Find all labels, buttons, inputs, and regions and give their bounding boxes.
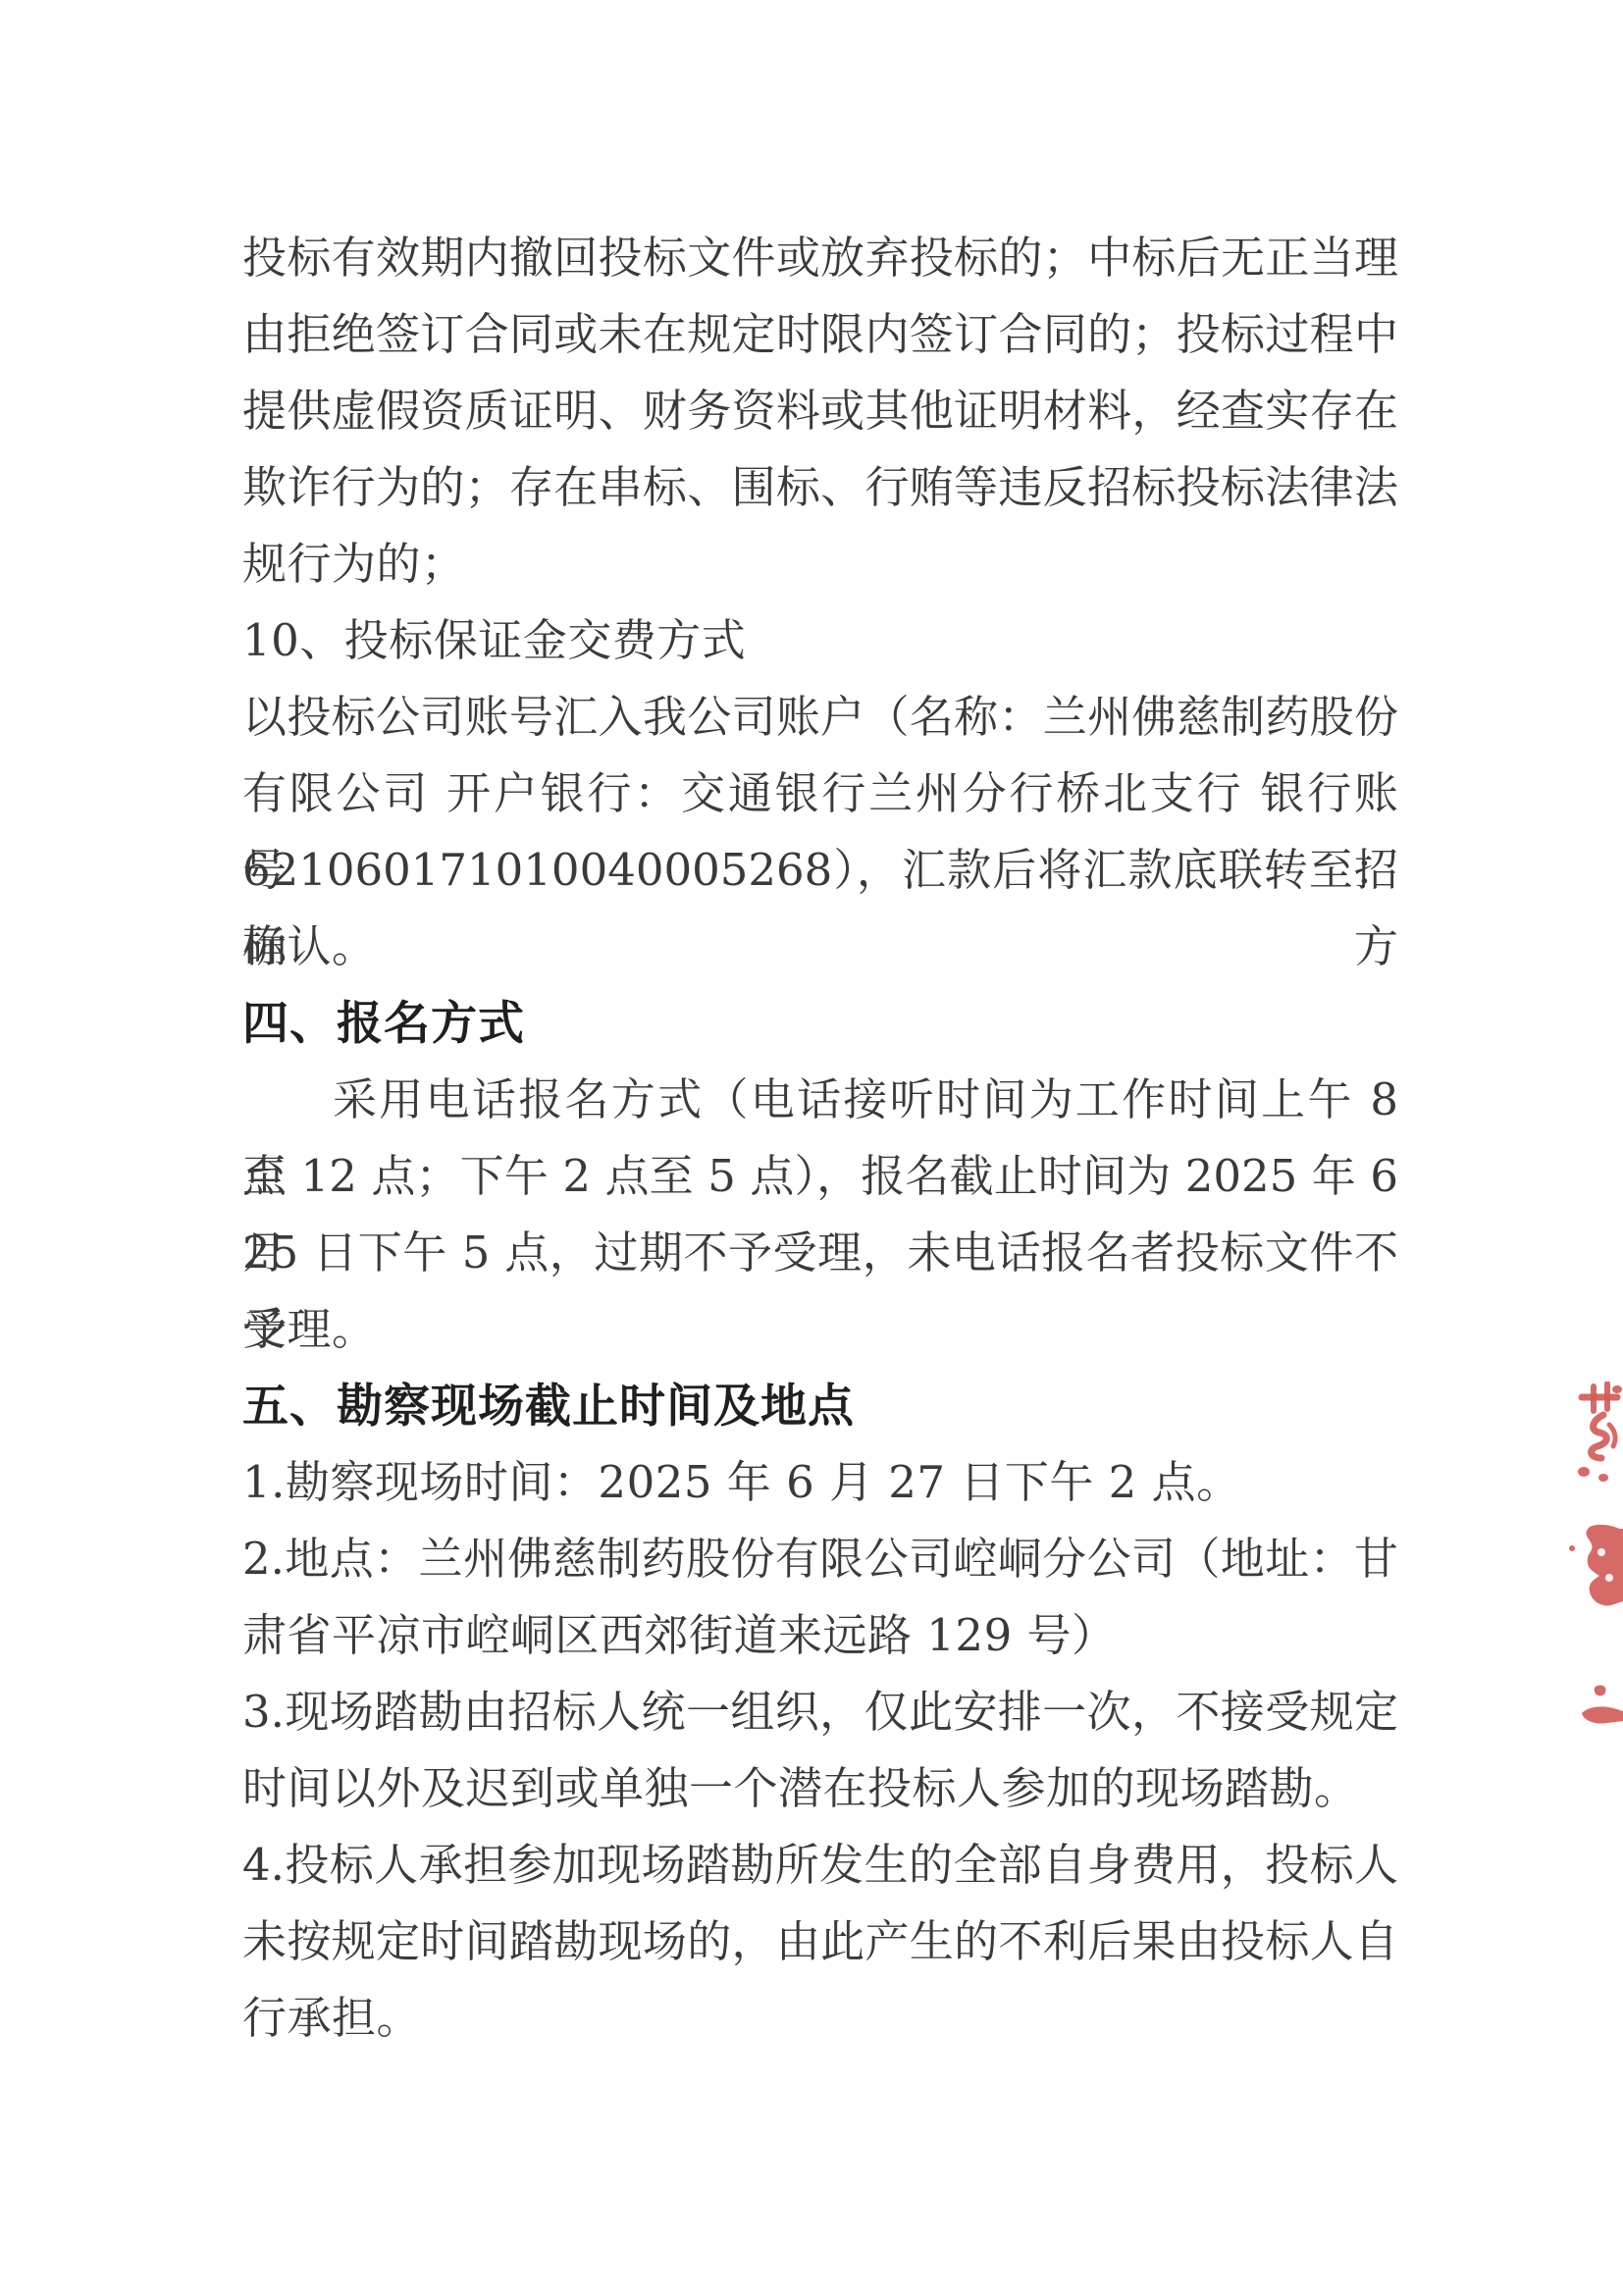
seal-fragment-bottom [1568, 1682, 1623, 1725]
text-line: 提供虚假资质证明、财务资料或其他证明材料，经查实存在 [242, 373, 1398, 449]
text-line: 至 12 点；下午 2 点至 5 点），报名截止时间为 2025 年 6 月 [242, 1138, 1398, 1215]
text-line: 25 日下午 5 点，过期不予受理，未电话报名者投标文件不予 [242, 1215, 1398, 1291]
bank-account-line: 621060171010040005268），汇款后将汇款底联转至招标方 [242, 832, 1398, 909]
text-line: 肃省平凉市崆峒区西郊街道来远路 129 号） [242, 1597, 1398, 1674]
text-line: 有限公司 开户银行：交通银行兰州分行桥北支行 银行账号： [242, 756, 1398, 832]
text-line: 欺诈行为的；存在串标、围标、行贿等违反招标投标法律法 [242, 449, 1398, 526]
text-line: 由拒绝签订合同或未在规定时限内签订合同的；投标过程中 [242, 296, 1398, 373]
text-line: 规行为的； [242, 526, 1398, 602]
text-line: 行承担。 [242, 1980, 1398, 2057]
list-item-2: 2.地点：兰州佛慈制药股份有限公司崆峒分公司（地址：甘 [242, 1521, 1398, 1597]
list-item-1: 1.勘察现场时间：2025 年 6 月 27 日下午 2 点。 [242, 1444, 1398, 1521]
text-line: 未按规定时间踏勘现场的，由此产生的不利后果由投标人自 [242, 1904, 1398, 1980]
text-line: 时间以外及迟到或单独一个潜在投标人参加的现场踏勘。 [242, 1750, 1398, 1827]
text-line: 采用电话报名方式（电话接听时间为工作时间上午 8 点 [242, 1062, 1398, 1138]
list-item-4: 4.投标人承担参加现场踏勘所发生的全部自身费用，投标人 [242, 1827, 1398, 1904]
section-heading-5: 五、勘察现场截止时间及地点 [242, 1368, 1398, 1444]
text-block: 投标有效期内撤回投标文件或放弃投标的；中标后无正当理 由拒绝签订合同或未在规定时… [242, 220, 1398, 2057]
seal-fragment-middle [1568, 1523, 1623, 1607]
seal-fragment-top [1574, 1382, 1623, 1484]
text-line: 以投标公司账号汇入我公司账户（名称：兰州佛慈制药股份 [242, 679, 1398, 756]
section-heading-4: 四、报名方式 [242, 985, 1398, 1062]
list-item-3: 3.现场踏勘由招标人统一组织，仅此安排一次，不接受规定 [242, 1674, 1398, 1750]
list-item-10-heading: 10、投标保证金交费方式 [242, 602, 1398, 679]
text-line: 受理。 [242, 1291, 1398, 1368]
document-page: 投标有效期内撤回投标文件或放弃投标的；中标后无正当理 由拒绝签订合同或未在规定时… [0, 0, 1623, 2296]
text-line: 投标有效期内撤回投标文件或放弃投标的；中标后无正当理 [242, 220, 1398, 296]
